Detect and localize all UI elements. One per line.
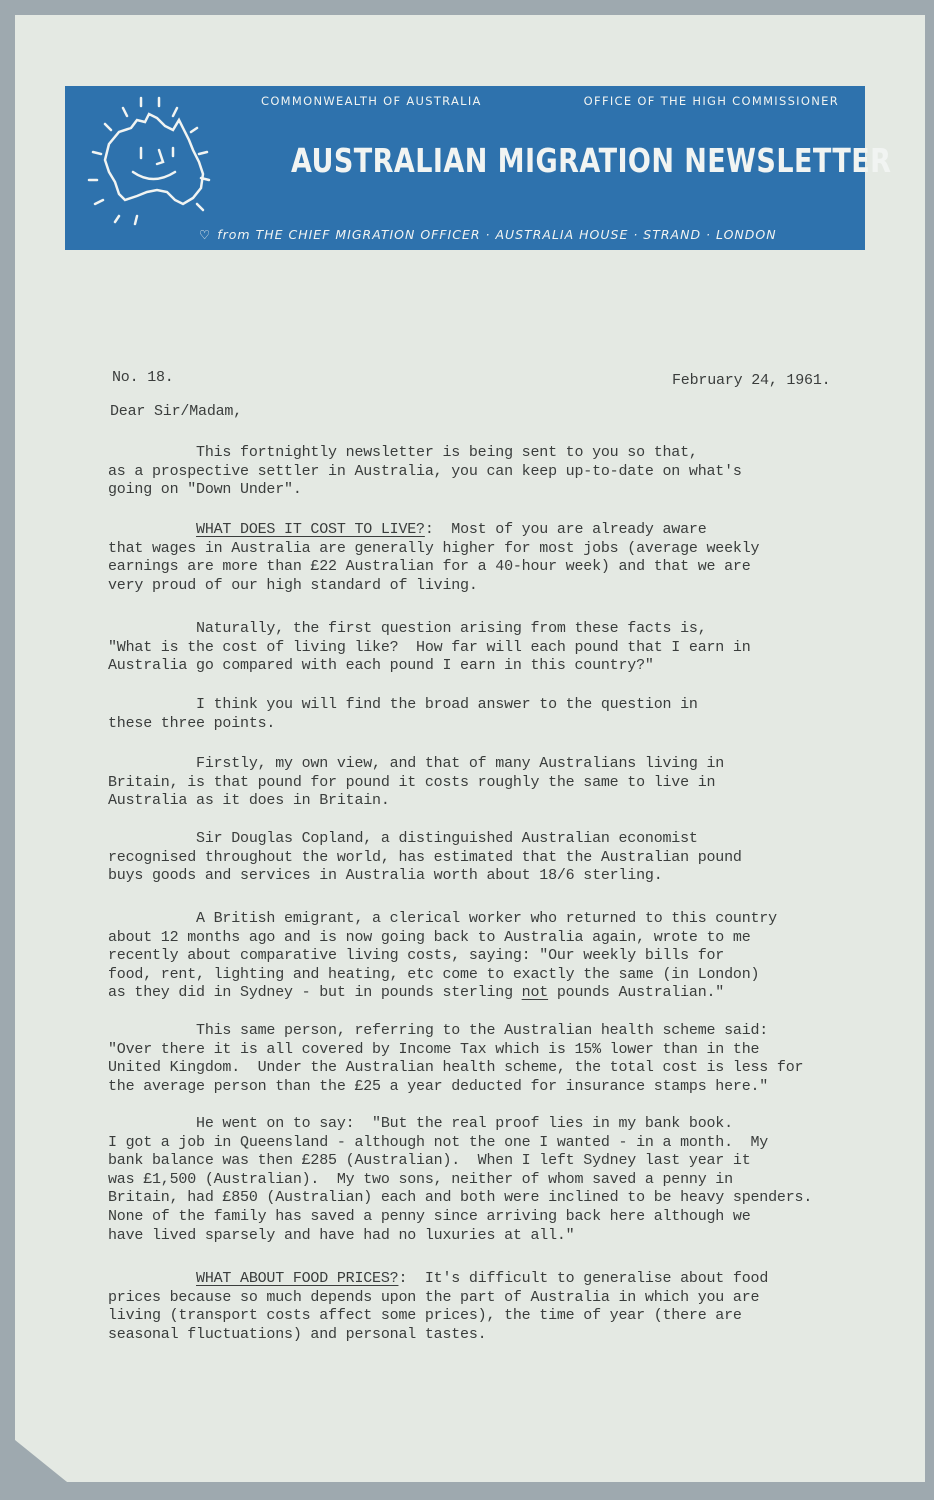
section-heading: WHAT ABOUT FOOD PRICES? — [196, 1270, 398, 1287]
paragraph: A British emigrant, a clerical worker wh… — [108, 910, 777, 1003]
paragraph: This fortnightly newsletter is being sen… — [108, 444, 742, 500]
text-line: Britain, had £850 (Australian) each and … — [108, 1189, 812, 1208]
text-line: buys goods and services in Australia wor… — [108, 867, 742, 886]
paragraph: Sir Douglas Copland, a distinguished Aus… — [108, 830, 742, 886]
text-line: Australia as it does in Britain. — [108, 792, 724, 811]
text-line: "What is the cost of living like? How fa… — [108, 639, 751, 658]
paragraph: Firstly, my own view, and that of many A… — [108, 755, 724, 811]
salutation: Dear Sir/Madam, — [110, 403, 242, 421]
text-line: recently about comparative living costs,… — [108, 947, 777, 966]
text-line: None of the family has saved a penny sin… — [108, 1208, 812, 1227]
smiling-australia-map-icon — [79, 92, 219, 242]
masthead-title: AUSTRALIAN MIGRATION NEWSLETTER — [291, 141, 891, 180]
text-line: bank balance was then £285 (Australian).… — [108, 1152, 812, 1171]
text-line: WHAT ABOUT FOOD PRICES?: It's difficult … — [108, 1270, 768, 1289]
text-line: about 12 months ago and is now going bac… — [108, 929, 777, 948]
from-prefix: from — [217, 227, 250, 242]
emphasis-not: not — [522, 984, 548, 1001]
letter-date: February 24, 1961. — [672, 372, 830, 390]
text-line: Naturally, the first question arising fr… — [108, 620, 751, 639]
text-line: Britain, is that pound for pound it cost… — [108, 774, 724, 793]
text-line: as a prospective settler in Australia, y… — [108, 463, 742, 482]
text-line: "Over there it is all covered by Income … — [108, 1041, 803, 1060]
masthead-commonwealth: COMMONWEALTH OF AUSTRALIA — [261, 94, 482, 108]
paragraph: I think you will find the broad answer t… — [108, 696, 698, 733]
newsletter-masthead: COMMONWEALTH OF AUSTRALIA OFFICE OF THE … — [65, 86, 865, 250]
text-line: This same person, referring to the Austr… — [108, 1022, 803, 1041]
text-line: recognised throughout the world, has est… — [108, 849, 742, 868]
paragraph: WHAT DOES IT COST TO LIVE?: Most of you … — [108, 521, 759, 595]
masthead-from-line: ♡from THE CHIEF MIGRATION OFFICER · AUST… — [199, 227, 777, 242]
text-line: Sir Douglas Copland, a distinguished Aus… — [108, 830, 742, 849]
text-line: I think you will find the broad answer t… — [108, 696, 698, 715]
text-line: prices because so much depends upon the … — [108, 1289, 768, 1308]
masthead-office: OFFICE OF THE HIGH COMMISSIONER — [584, 94, 839, 108]
text-line: the average person than the £25 a year d… — [108, 1078, 803, 1097]
tasmania-heart-icon: ♡ — [199, 227, 211, 242]
section-heading: WHAT DOES IT COST TO LIVE? — [196, 521, 425, 538]
text-line: Australia go compared with each pound I … — [108, 657, 751, 676]
text-line: have lived sparsely and have had no luxu… — [108, 1227, 812, 1246]
text-line: This fortnightly newsletter is being sen… — [108, 444, 742, 463]
text-line: going on "Down Under". — [108, 481, 742, 500]
text-line: very proud of our high standard of livin… — [108, 577, 759, 596]
text-line: was £1,500 (Australian). My two sons, ne… — [108, 1171, 812, 1190]
text-line: earnings are more than £22 Australian fo… — [108, 558, 759, 577]
text-line: WHAT DOES IT COST TO LIVE?: Most of you … — [108, 521, 759, 540]
paragraph: This same person, referring to the Austr… — [108, 1022, 803, 1096]
text-line: A British emigrant, a clerical worker wh… — [108, 910, 777, 929]
paragraph: He went on to say: "But the real proof l… — [108, 1115, 812, 1245]
text-line: He went on to say: "But the real proof l… — [108, 1115, 812, 1134]
text-line: seasonal fluctuations) and personal tast… — [108, 1326, 768, 1345]
text-line: United Kingdom. Under the Australian hea… — [108, 1059, 803, 1078]
issue-number: No. 18. — [112, 369, 174, 387]
text-line: I got a job in Queensland - although not… — [108, 1134, 812, 1153]
text-line: as they did in Sydney - but in pounds st… — [108, 984, 777, 1003]
text-line: these three points. — [108, 715, 698, 734]
text-line: food, rent, lighting and heating, etc co… — [108, 966, 777, 985]
paragraph: WHAT ABOUT FOOD PRICES?: It's difficult … — [108, 1270, 768, 1344]
text-line: Firstly, my own view, and that of many A… — [108, 755, 724, 774]
paragraph: Naturally, the first question arising fr… — [108, 620, 751, 676]
text-line: living (transport costs affect some pric… — [108, 1307, 768, 1326]
text-line: that wages in Australia are generally hi… — [108, 540, 759, 559]
from-text: THE CHIEF MIGRATION OFFICER · AUSTRALIA … — [256, 227, 777, 242]
